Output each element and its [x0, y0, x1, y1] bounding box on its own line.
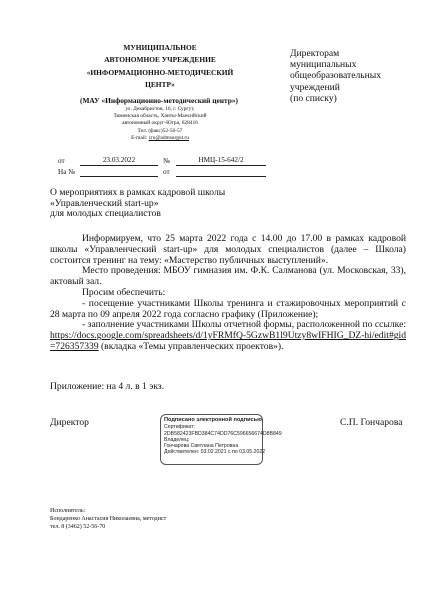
body-paragraph-link: - заполнение участниками Школы отчетной … — [50, 320, 406, 352]
address-line: автономный округ-Югра, 628416 — [62, 120, 258, 127]
subject-line: О мероприятиях в рамках кадровой школы — [50, 188, 250, 199]
signer-position: Директор — [50, 417, 89, 428]
executor-phone: тел. 8 (3462) 52-56-70 — [50, 523, 166, 531]
number-label: № — [163, 157, 170, 165]
recipient-line: Директорам — [290, 48, 420, 59]
body-paragraph: - посещение участниками Школы тренинга и… — [50, 299, 406, 321]
appendix-note: Приложение: на 4 л. в 1 экз. — [50, 381, 164, 392]
email-line: E-mail: cro@admsurgut.ru — [62, 135, 258, 142]
address-line: Тел. (факс)52-56-57 — [62, 128, 258, 135]
body-paragraph: Место проведения: МБОУ гимназия им. Ф.К.… — [50, 266, 406, 288]
email-link[interactable]: cro@admsurgut.ru — [149, 135, 189, 141]
link-outro-text: (вкладка «Темы управленческих проектов»)… — [99, 341, 284, 352]
letter-subject: О мероприятиях в рамках кадровой школы «… — [50, 188, 250, 220]
recipient-line: муниципальных — [290, 59, 420, 70]
executor-label: Исполнитель: — [50, 507, 166, 515]
signer-name: С.П. Гончарова — [340, 417, 403, 428]
org-line: МУНИЦИПАЛЬНОЕ — [62, 42, 258, 54]
stamp-validity: Действителен: 03.02.2021 с по 03.05.2022 — [164, 449, 259, 455]
ref-from-label: от — [163, 168, 170, 176]
stamp-title: Подписано электронной подписью — [164, 417, 259, 423]
ref-from-value — [176, 166, 266, 177]
date-value: 23.03.2022 — [80, 155, 158, 166]
ref-value — [80, 166, 158, 177]
organization-name: МУНИЦИПАЛЬНОЕ АВТОНОМНОЕ УЧРЕЖДЕНИЕ «ИНФ… — [62, 42, 258, 91]
organization-address: ул. Декабристов, 16, г. Сургут, Тюменска… — [62, 106, 258, 142]
number-value: НМЦ-15-642/2 — [176, 155, 266, 166]
subject-line: для молодых специалистов — [50, 209, 250, 220]
recipient-line: общеобразовательных — [290, 70, 420, 81]
recipient-line: учреждений — [290, 82, 420, 93]
org-line: ЦЕНТР» — [62, 79, 258, 91]
link-intro-text: - заполнение участниками Школы отчетной … — [82, 319, 406, 330]
electronic-signature-stamp: Подписано электронной подписью Сертифика… — [160, 414, 263, 465]
email-label: E-mail: — [131, 135, 149, 141]
recipient-block: Директорам муниципальных общеобразовател… — [290, 48, 420, 104]
stamp-cert: 2DB582423FBD384C74DD76C596656674D8B849 — [164, 431, 259, 437]
date-label: от — [58, 157, 65, 165]
body-paragraph: Информируем, что 25 марта 2022 года с 14… — [50, 234, 406, 266]
executor-block: Исполнитель: Бондаренко Анастасия Никола… — [50, 507, 166, 531]
org-line: АВТОНОМНОЕ УЧРЕЖДЕНИЕ — [62, 54, 258, 66]
executor-name: Бондаренко Анастасия Николаевна, методис… — [50, 515, 166, 523]
ref-label: На № — [58, 168, 75, 176]
recipient-line: (по списку) — [290, 93, 420, 104]
org-line: «ИНФОРМАЦИОННО-МЕТОДИЧЕСКИЙ — [62, 67, 258, 79]
organization-abbreviation: (МАУ «Информационно-методический центр») — [46, 96, 272, 106]
letter-body: Информируем, что 25 марта 2022 года с 14… — [50, 234, 406, 353]
